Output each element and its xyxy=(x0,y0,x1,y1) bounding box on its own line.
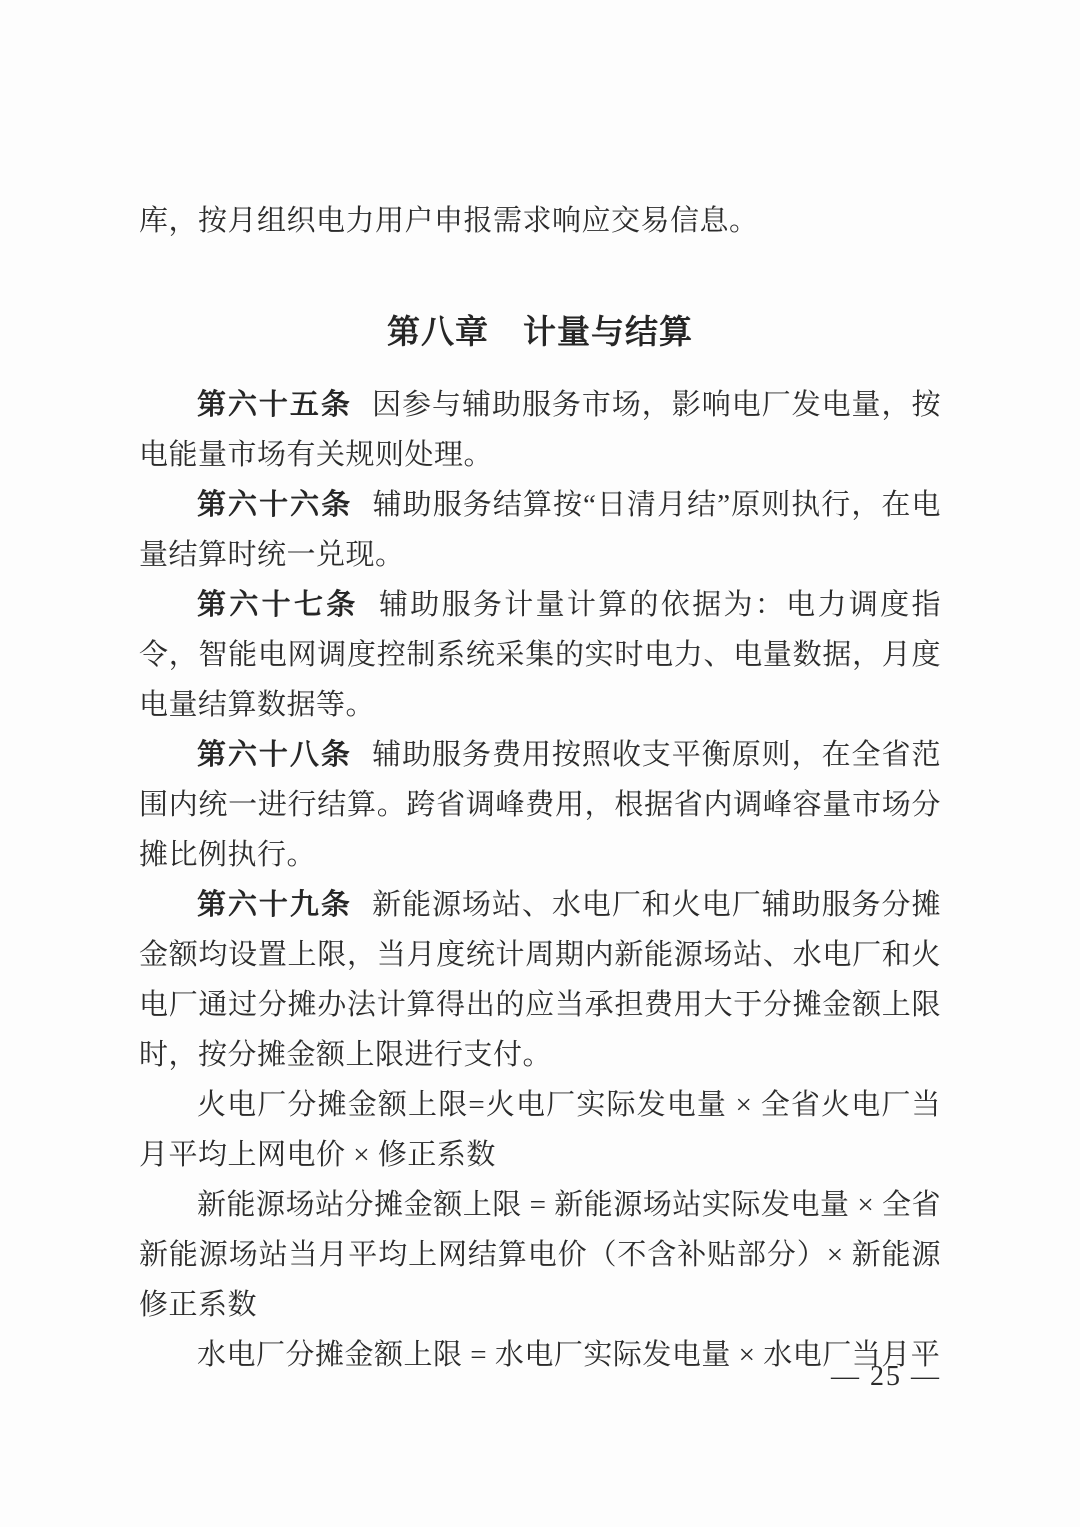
article-69-paragraph: 第六十九条新能源场站、水电厂和火电厂辅助服务分摊金额均设置上限，当月度统计周期内… xyxy=(139,880,941,1080)
formula-thermal-cap: 火电厂分摊金额上限=火电厂实际发电量 × 全省火电厂当月平均上网电价 × 修正系… xyxy=(139,1080,941,1180)
chapter-heading: 第八章 计量与结算 xyxy=(139,307,941,357)
article-68-paragraph: 第六十八条辅助服务费用按照收支平衡原则，在全省范围内统一进行结算。跨省调峰费用，… xyxy=(139,730,941,880)
article-65-number: 第六十五条 xyxy=(197,389,352,421)
article-68-number: 第六十八条 xyxy=(197,739,352,771)
article-67-paragraph: 第六十七条辅助服务计量计算的依据为：电力调度指令，智能电网调度控制系统采集的实时… xyxy=(139,580,941,730)
article-66-number: 第六十六条 xyxy=(197,489,352,521)
document-page: 库，按月组织电力用户申报需求响应交易信息。 第八章 计量与结算 第六十五条因参与… xyxy=(0,0,1080,1527)
page-content: 库，按月组织电力用户申报需求响应交易信息。 第八章 计量与结算 第六十五条因参与… xyxy=(139,0,941,1380)
articles-block: 第六十五条因参与辅助服务市场，影响电厂发电量，按电能量市场有关规则处理。 第六十… xyxy=(139,380,941,1380)
article-67-number: 第六十七条 xyxy=(197,589,359,621)
page-number: — 25 — xyxy=(831,1360,941,1394)
article-69-number: 第六十九条 xyxy=(197,889,352,921)
formula-hydro-cap: 水电厂分摊金额上限 = 水电厂实际发电量 × 水电厂当月平 xyxy=(139,1330,941,1380)
formula-renewable-cap: 新能源场站分摊金额上限 = 新能源场站实际发电量 × 全省新能源场站当月平均上网… xyxy=(139,1180,941,1330)
continuation-paragraph: 库，按月组织电力用户申报需求响应交易信息。 xyxy=(139,196,941,246)
article-66-paragraph: 第六十六条辅助服务结算按“日清月结”原则执行，在电量结算时统一兑现。 xyxy=(139,480,941,580)
article-65-paragraph: 第六十五条因参与辅助服务市场，影响电厂发电量，按电能量市场有关规则处理。 xyxy=(139,380,941,480)
